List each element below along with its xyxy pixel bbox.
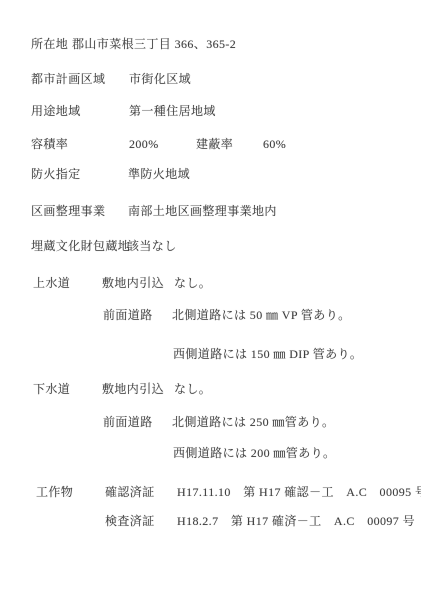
field-value: 西側道路には 150 ㎜ DIP 管あり。	[173, 347, 362, 361]
field-value: 南部土地区画整理事業地内	[128, 204, 277, 218]
field-label: 所在地	[31, 37, 68, 51]
field-label: 都市計画区域	[31, 72, 105, 86]
field-sublabel: 敷地内引込	[102, 382, 164, 396]
field-value: 郡山市菜根三丁目 366、365-2	[72, 37, 236, 51]
field-label: 区画整理事業	[31, 204, 105, 218]
field-value: 該当なし	[127, 239, 177, 253]
row-sewerage: 下水道 敷地内引込 なし。	[0, 382, 421, 396]
row-fire-prevention: 防火指定 準防火地域	[0, 167, 421, 181]
field-value2: 60%	[263, 137, 286, 151]
row-water-west-road: 西側道路には 150 ㎜ DIP 管あり。	[0, 347, 421, 361]
field-value: 市街化区域	[129, 72, 191, 86]
field-sublabel: 前面道路	[103, 308, 153, 322]
field-label: 防火指定	[31, 167, 81, 181]
field-label: 下水道	[33, 382, 70, 396]
field-value: 北側道路には 50 ㎜ VP 管あり。	[172, 308, 351, 322]
row-sewer-west-road: 西側道路には 200 ㎜管あり。	[0, 446, 421, 460]
field-sublabel: 検査済証	[105, 514, 155, 528]
row-water-front-road: 前面道路 北側道路には 50 ㎜ VP 管あり。	[0, 308, 421, 322]
field-value: 準防火地域	[128, 167, 190, 181]
field-value: 200%	[129, 137, 159, 151]
field-label: 上水道	[33, 276, 70, 290]
field-value: 西側道路には 200 ㎜管あり。	[173, 446, 335, 460]
field-value: なし。	[174, 382, 211, 396]
row-use-district: 用途地域 第一種住居地域	[0, 104, 421, 118]
field-label: 埋蔵文化財包蔵地	[31, 239, 130, 253]
row-floor-area-ratio: 容積率 200% 建蔽率 60%	[0, 137, 421, 151]
field-value: 第一種住居地域	[129, 104, 216, 118]
field-sublabel: 確認済証	[105, 485, 155, 499]
row-structure-confirmation: 工作物 確認済証 H17.11.10 第 H17 確認－工 A.C 00095 …	[0, 485, 421, 499]
document-page: 所在地 郡山市菜根三丁目 366、365-2 都市計画区域 市街化区域 用途地域…	[0, 0, 421, 600]
row-structure-inspection: 検査済証 H18.2.7 第 H17 確済－工 A.C 00097 号	[0, 514, 421, 528]
field-value: H17.11.10 第 H17 確認－工 A.C 00095 号	[177, 485, 421, 499]
field-value: なし。	[174, 276, 211, 290]
field-label: 容積率	[31, 137, 68, 151]
field-label: 用途地域	[31, 104, 81, 118]
field-label: 工作物	[36, 485, 73, 499]
row-land-readjustment: 区画整理事業 南部土地区画整理事業地内	[0, 204, 421, 218]
field-sublabel: 前面道路	[103, 415, 153, 429]
field-label2: 建蔽率	[196, 137, 233, 151]
row-city-planning-area: 都市計画区域 市街化区域	[0, 72, 421, 86]
field-value: 北側道路には 250 ㎜管あり。	[172, 415, 334, 429]
field-value: H18.2.7 第 H17 確済－工 A.C 00097 号	[177, 514, 415, 528]
row-water-supply: 上水道 敷地内引込 なし。	[0, 276, 421, 290]
row-location: 所在地 郡山市菜根三丁目 366、365-2	[0, 37, 421, 51]
row-buried-cultural-property: 埋蔵文化財包蔵地 該当なし	[0, 239, 421, 253]
field-sublabel: 敷地内引込	[102, 276, 164, 290]
row-sewer-front-road: 前面道路 北側道路には 250 ㎜管あり。	[0, 415, 421, 429]
